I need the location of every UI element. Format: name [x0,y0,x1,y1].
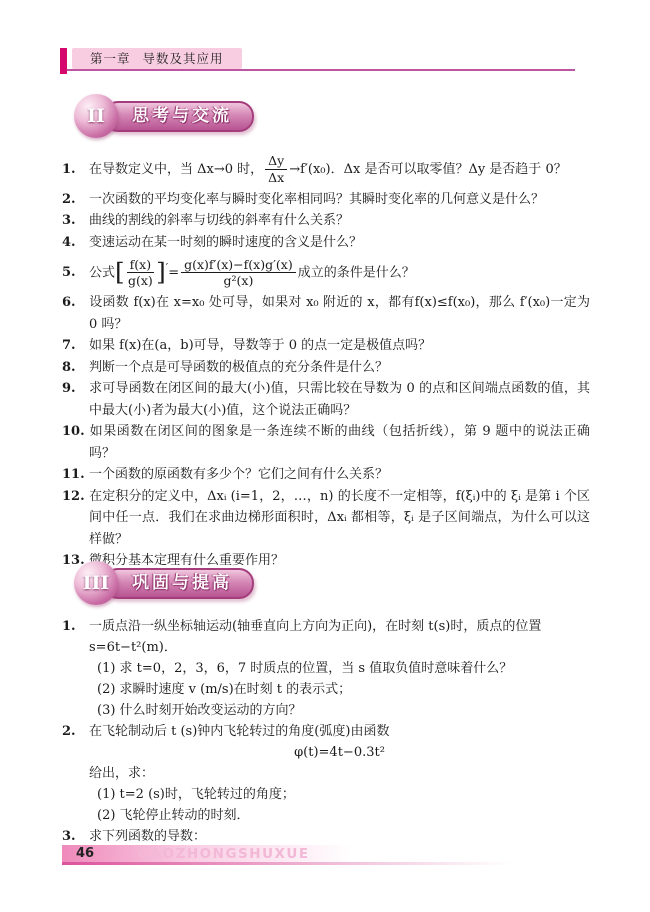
problem-formula: φ(t)=4t−0.3t² [89,742,590,763]
question-item-4: 4.变速运动在某一时刻的瞬时速度的含义是什么？ [62,232,590,254]
chapter-title: 导数及其应用 [143,51,224,66]
problem-text: 一质点沿一纵坐标轴运动(轴垂直向上方向为正向)，在时刻 t(s)时，质点的位置 [89,619,541,634]
question-text: 一次函数的平均变化率与瞬时变化率相同吗？其瞬时变化率的几何意义是什么？ [89,192,544,207]
chapter-box: 第一章导数及其应用 [72,48,242,69]
question-number: 9. [62,378,89,400]
question-item-1: 1.在导数定义中，当 Δx→0 时，ΔyΔx→f′(x₀)．Δx 是否可以取零值… [62,150,590,189]
question-text: 成立的条件是什么？ [298,265,415,280]
problem-text: 给出，求： [89,763,590,784]
question-text: 如果 f(x)在(a，b)可导，导数等于 0 的点一定是极值点吗？ [89,338,431,353]
section-numeral-ball: II [74,94,118,138]
problem-number: 3. [62,826,89,847]
fraction: g(x)f′(x)−f(x)g′(x)g²(x) [181,258,296,289]
question-text: 变速运动在某一时刻的瞬时速度的含义是什么？ [89,235,362,250]
question-text: 设函数 f(x)在 x=x₀ 处可导，如果对 x₀ 附近的 x，都有f(x)≤f… [89,295,590,332]
fraction-numerator: f(x) [127,258,154,274]
question-text: 在导数定义中，当 Δx→0 时， [89,162,263,177]
chapter-accent-bar [60,48,67,74]
right-bracket: ] [156,257,166,286]
problem-item-1: 1.一质点沿一纵坐标轴运动(轴垂直向上方向为正向)，在时刻 t(s)时，质点的位… [62,616,590,721]
question-text: 曲线的割线的斜率与切线的斜率有什么关系？ [89,213,349,228]
problem-text: 求下列函数的导数： [89,829,206,844]
question-text: 如果函数在闭区间的图象是一条连续不断的曲线（包括折线），第 9 题中的说法正确吗… [89,424,590,461]
question-item-8: 8.判断一个点是可导函数的极值点的充分条件是什么？ [62,357,590,379]
textbook-page: 第一章导数及其应用 II 思考与交流 1.在导数定义中，当 Δx→0 时，ΔyΔ… [0,0,650,912]
equals-sign: = [168,265,179,280]
question-number: 7. [62,335,89,357]
question-number: 2. [62,189,89,211]
think-questions-list: 1.在导数定义中，当 Δx→0 时，ΔyΔx→f′(x₀)．Δx 是否可以取零值… [62,150,590,572]
page-footer: 46 GAOZHONGSHUXUE [62,845,590,865]
fraction-numerator: Δy [265,154,287,170]
question-number: 11. [62,464,89,486]
question-number: 4. [62,232,89,254]
question-number: 5. [62,262,89,284]
fraction: f(x)g(x) [127,258,154,289]
fraction-numerator: g(x)f′(x)−f(x)g′(x) [181,258,296,274]
footer-watermark: GAOZHONGSHUXUE [138,846,310,862]
chapter-header: 第一章导数及其应用 [60,48,590,78]
question-item-11: 11.一个函数的原函数有多少个？它们之间有什么关系？ [62,464,590,486]
question-item-3: 3.曲线的割线的斜率与切线的斜率有什么关系？ [62,210,590,232]
fraction: ΔyΔx [265,154,287,185]
fraction-denominator: g(x) [127,273,154,288]
section-title-pill: 思考与交流 [103,101,254,132]
problem-subpart: (2) 飞轮停止转动的时刻． [89,805,590,826]
question-item-7: 7.如果 f(x)在(a，b)可导，导数等于 0 的点一定是极值点吗？ [62,335,590,357]
problem-formula: s=6t−t²(m)． [89,637,590,658]
question-item-10: 10.如果函数在闭区间的图象是一条连续不断的曲线（包括折线），第 9 题中的说法… [62,421,590,464]
section-title-pill: 巩固与提高 [103,568,254,599]
question-number: 10. [62,421,89,443]
question-text: 求可导函数在闭区间的最大(小)值，只需比较在导数为 0 的点和区间端点函数的值，… [89,381,590,418]
question-text: 在定积分的定义中，Δxᵢ (i=1，2，…，n) 的长度不一定相等，f(ξᵢ)中… [89,489,590,547]
problem-number: 1. [62,616,89,637]
question-number: 3. [62,210,89,232]
section-numeral: III [83,572,110,594]
problem-text: 在飞轮制动后 t (s)钟内飞轮转过的角度(弧度)由函数 [89,724,389,739]
section-think-badge: II 思考与交流 [74,93,254,139]
footer-bar: 46 GAOZHONGSHUXUE [62,845,590,862]
page-number: 46 [76,846,94,861]
question-item-2: 2.一次函数的平均变化率与瞬时变化率相同吗？其瞬时变化率的几何意义是什么？ [62,189,590,211]
problem-item-3: 3.求下列函数的导数： [62,826,590,847]
question-text: 一个函数的原函数有多少个？它们之间有什么关系？ [89,467,388,482]
chapter-label: 第一章 [90,51,131,66]
fraction-denominator: g²(x) [181,273,296,288]
problem-subpart: (1) t=2 (s)时，飞轮转过的角度； [89,784,590,805]
problem-subpart: (1) 求 t=0，2，3，6，7 时质点的位置，当 s 值取负值时意味着什么？ [89,658,590,679]
problem-subpart: (2) 求瞬时速度 v (m/s)在时刻 t 的表示式； [89,679,590,700]
problem-subpart: (3) 什么时刻开始改变运动的方向？ [89,700,590,721]
footer-rule [62,862,590,865]
question-text: →f′(x₀)．Δx 是否可以取零值？Δy 是否趋于 0？ [289,162,566,177]
question-item-12: 12.在定积分的定义中，Δxᵢ (i=1，2，…，n) 的长度不一定相等，f(ξ… [62,486,590,551]
question-number: 8. [62,357,89,379]
question-number: 6. [62,292,89,314]
practice-problems-list: 1.一质点沿一纵坐标轴运动(轴垂直向上方向为正向)，在时刻 t(s)时，质点的位… [62,616,590,847]
question-number: 12. [62,486,89,508]
question-list: 1.在导数定义中，当 Δx→0 时，ΔyΔx→f′(x₀)．Δx 是否可以取零值… [62,150,590,572]
question-text: 公式 [89,265,115,280]
problem-item-2: 2.在飞轮制动后 t (s)钟内飞轮转过的角度(弧度)由函数 φ(t)=4t−0… [62,721,590,826]
section-title: 思考与交流 [132,106,232,126]
header-rule [67,69,575,71]
left-bracket: [ [115,257,125,286]
problem-number: 2. [62,721,89,742]
section-numeral: II [87,105,105,127]
fraction-denominator: Δx [265,170,287,185]
question-item-9: 9.求可导函数在闭区间的最大(小)值，只需比较在导数为 0 的点和区间端点函数的… [62,378,590,421]
question-item-5: 5.公式[f(x)g(x)]′=g(x)f′(x)−f(x)g′(x)g²(x)… [62,253,590,292]
problem-list: 1.一质点沿一纵坐标轴运动(轴垂直向上方向为正向)，在时刻 t(s)时，质点的位… [62,616,590,847]
question-item-6: 6.设函数 f(x)在 x=x₀ 处可导，如果对 x₀ 附近的 x，都有f(x)… [62,292,590,335]
section-practice-badge: III 巩固与提高 [74,560,254,606]
section-numeral-ball: III [74,561,118,605]
question-number: 1. [62,159,89,181]
section-title: 巩固与提高 [132,573,232,593]
question-text: 判断一个点是可导函数的极值点的充分条件是什么？ [89,360,388,375]
